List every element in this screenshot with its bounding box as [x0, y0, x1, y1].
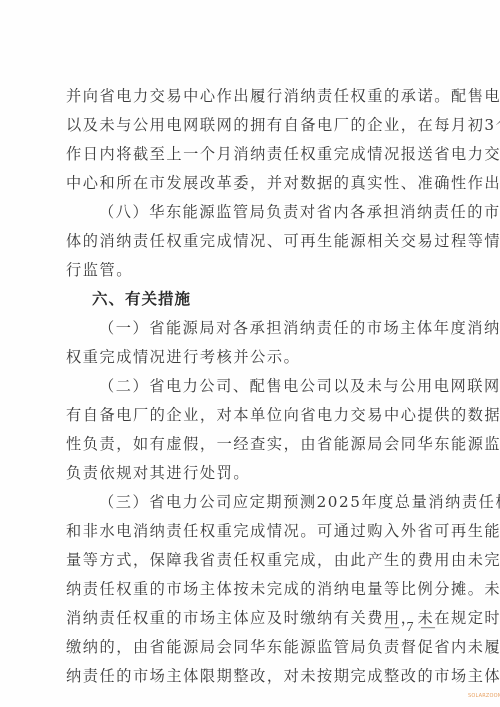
text-line: 以及未与公用电网联网的拥有自备电厂的企业，在每月初3个工 — [66, 111, 438, 140]
page-number: — 7 — — [385, 620, 437, 636]
text-line: 和非水电消纳责任权重完成情况。可通过购入外省可再生能源电 — [66, 517, 438, 546]
text-line: 体的消纳责任权重完成情况、可再生能源相关交易过程等情况进 — [66, 227, 438, 256]
watermark: SOLARZOOM — [468, 693, 500, 699]
text-line: （二）省电力公司、配售电公司以及未与公用电网联网的拥 — [66, 372, 438, 401]
text-line: 纳责任权重的市场主体按未完成的消纳电量等比例分摊。未完成 — [66, 575, 438, 604]
paragraph-item-8: （八）华东能源监管局负责对省内各承担消纳责任的市场主 体的消纳责任权重完成情况、… — [66, 198, 438, 285]
text-line: 中心和所在市发展改革委，并对数据的真实性、准确性作出承诺。 — [66, 169, 438, 198]
section-heading: 六、有关措施 — [66, 285, 438, 314]
text-line: 行监管。 — [66, 256, 438, 285]
text-line: （一）省能源局对各承担消纳责任的市场主体年度消纳责任 — [66, 314, 438, 343]
paragraph-measure-3: （三）省电力公司应定期预测2025年度总量消纳责任权重 和非水电消纳责任权重完成… — [66, 488, 438, 691]
text-line: 作日内将截至上一个月消纳责任权重完成情况报送省电力交易 — [66, 140, 438, 169]
text-line: 并向省电力交易中心作出履行消纳责任权重的承诺。配售电公司 — [66, 82, 438, 111]
text-line: 负责依规对其进行处罚。 — [66, 459, 438, 488]
text-line: 性负责，如有虚假，一经查实，由省能源局会同华东能源监管局 — [66, 430, 438, 459]
text-line: 权重完成情况进行考核并公示。 — [66, 343, 438, 372]
text-line: 纳责任的市场主体限期整改，对未按期完成整改的市场主体依法 — [66, 662, 438, 691]
paragraph-measure-2: （二）省电力公司、配售电公司以及未与公用电网联网的拥 有自备电厂的企业，对本单位… — [66, 372, 438, 488]
document-page: 并向省电力交易中心作出履行消纳责任权重的承诺。配售电公司 以及未与公用电网联网的… — [0, 0, 500, 707]
paragraph-commitment: 并向省电力交易中心作出履行消纳责任权重的承诺。配售电公司 以及未与公用电网联网的… — [66, 82, 438, 198]
text-line: 量等方式，保障我省责任权重完成，由此产生的费用由未完成消 — [66, 546, 438, 575]
document-body: 并向省电力交易中心作出履行消纳责任权重的承诺。配售电公司 以及未与公用电网联网的… — [66, 82, 438, 691]
text-line: （八）华东能源监管局负责对省内各承担消纳责任的市场主 — [66, 198, 438, 227]
text-line: （三）省电力公司应定期预测2025年度总量消纳责任权重 — [66, 488, 438, 517]
text-line: 有自备电厂的企业，对本单位向省电力交易中心提供的数据真实 — [66, 401, 438, 430]
text-line: 缴纳的，由省能源局会同华东能源监管局负责督促省内未履行消 — [66, 633, 438, 662]
paragraph-measure-1: （一）省能源局对各承担消纳责任的市场主体年度消纳责任 权重完成情况进行考核并公示… — [66, 314, 438, 372]
text-line: 消纳责任权重的市场主体应及时缴纳有关费用，未在规定时间内 — [66, 604, 438, 633]
